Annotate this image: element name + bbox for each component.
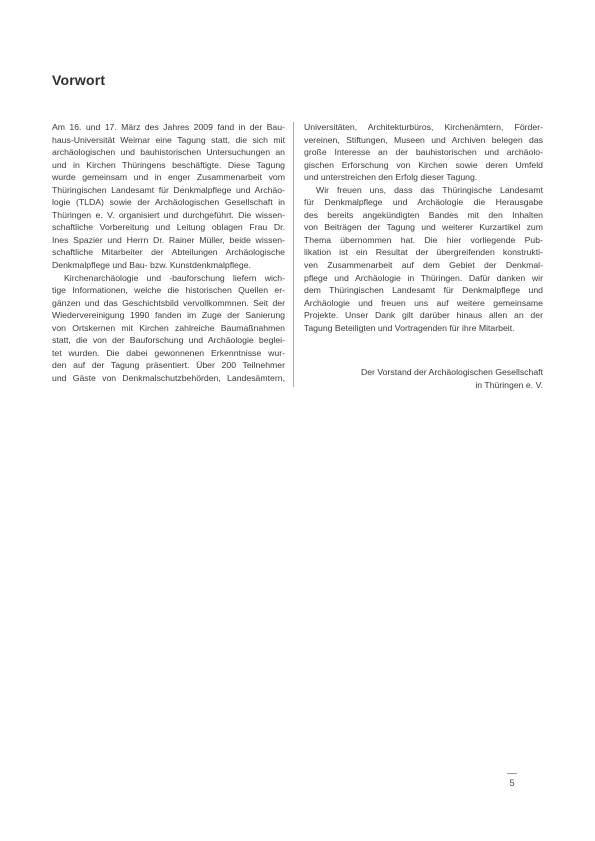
text-line: gischen Erforschung von Kirchen sowie de…	[304, 159, 543, 172]
page-heading: Vorwort	[52, 72, 105, 88]
text-line: tet wurden. Die dabei gewonnenen Erkennt…	[52, 347, 285, 360]
text-line: tige Informationen, welche die historisc…	[52, 284, 285, 297]
text-line: Wir freuen uns, dass das Thüringische La…	[304, 184, 543, 197]
text-line: schaftliche Vorbereitung und Leitung obl…	[52, 221, 285, 234]
text-line: vereinen, Stiftungen, Museen und Archive…	[304, 134, 543, 147]
text-line: und Gäste von Denkmalschutzbehörden, Lan…	[52, 372, 285, 385]
text-line: logie (TLDA) sowie der Archäologischen G…	[52, 196, 285, 209]
text-line: Ines Spazier und Herrn Dr. Rainer Müller…	[52, 234, 285, 247]
signature-line-2: in Thüringen e. V.	[304, 379, 543, 392]
footer-dash	[507, 773, 517, 774]
right-column: Universitäten, Architekturbüros, Kirchen…	[304, 121, 543, 391]
text-line: likation ist ein Resultat der übergreife…	[304, 246, 543, 259]
text-line: schaftliche Mitarbeiter der Abteilungen …	[52, 246, 285, 259]
text-line: pflege und Archäologie in Thüringen. Daf…	[304, 272, 543, 285]
text-line: haus-Universität Weimar eine Tagung stat…	[52, 134, 285, 147]
text-line: dem Thüringischen Landesamt für Denkmalp…	[304, 284, 543, 297]
page-number: 5	[502, 778, 522, 788]
text-line: Thüringen e. V. organisiert und durchgef…	[52, 209, 285, 222]
text-line: große Interesse an der bauhistorischen u…	[304, 146, 543, 159]
text-line: des bereits angekündigten Bandes mit den…	[304, 209, 543, 222]
text-line: Universitäten, Architekturbüros, Kirchen…	[304, 121, 543, 134]
text-line: gänzen und das Geschichtsbild vervollkom…	[52, 297, 285, 310]
text-line: Thema übernommen hat. Die hier vorliegen…	[304, 234, 543, 247]
text-line: Kirchenarchäologie und -bauforschung lie…	[52, 272, 285, 285]
text-line: statt, die von der Bauforschung und Arch…	[52, 334, 285, 347]
text-line: von Beiträgen der Tagung und weiterer Ku…	[304, 221, 543, 234]
text-line: Archäologie und freuen uns auf weitere g…	[304, 297, 543, 310]
left-column: Am 16. und 17. März des Jahres 2009 fand…	[52, 121, 285, 384]
text-line: Denkmalpflege und Bau- bzw. Kunstdenkmal…	[52, 259, 285, 272]
text-line: für Denkmalpflege und Archäologie die He…	[304, 196, 543, 209]
text-line: von Ortskernen mit Kirchen zahlreiche Ba…	[52, 322, 285, 335]
text-line: Wiedervereinigung 1990 fanden im Zuge de…	[52, 309, 285, 322]
right-column-text: Universitäten, Architekturbüros, Kirchen…	[304, 121, 543, 334]
signature-line-1: Der Vorstand der Archäologischen Gesells…	[304, 366, 543, 379]
signature-block: Der Vorstand der Archäologischen Gesells…	[304, 366, 543, 391]
text-line: Am 16. und 17. März des Jahres 2009 fand…	[52, 121, 285, 134]
text-line: Thüringischen Landesamt für Denkmalpfleg…	[52, 184, 285, 197]
text-line: den auf der Tagung präsentiert. Über 200…	[52, 359, 285, 372]
text-line: ven Zusammenarbeit auf dem Gebiet der De…	[304, 259, 543, 272]
text-line: archäologischen und bauhistorischen Unte…	[52, 146, 285, 159]
text-line: und unterstreichen den Erfolg dieser Tag…	[304, 171, 543, 184]
text-line: wurde gemeinsam und in enger Zusammenarb…	[52, 171, 285, 184]
text-line: Tagung Beteiligten und Vortragenden für …	[304, 322, 543, 335]
column-divider	[293, 122, 294, 387]
text-line: Projekte. Unser Dank gilt darüber hinaus…	[304, 309, 543, 322]
text-line: und in Kirchen Thüringens beschäftigte. …	[52, 159, 285, 172]
page: { "page": { "heading": "Vorwort", "page_…	[0, 0, 595, 841]
